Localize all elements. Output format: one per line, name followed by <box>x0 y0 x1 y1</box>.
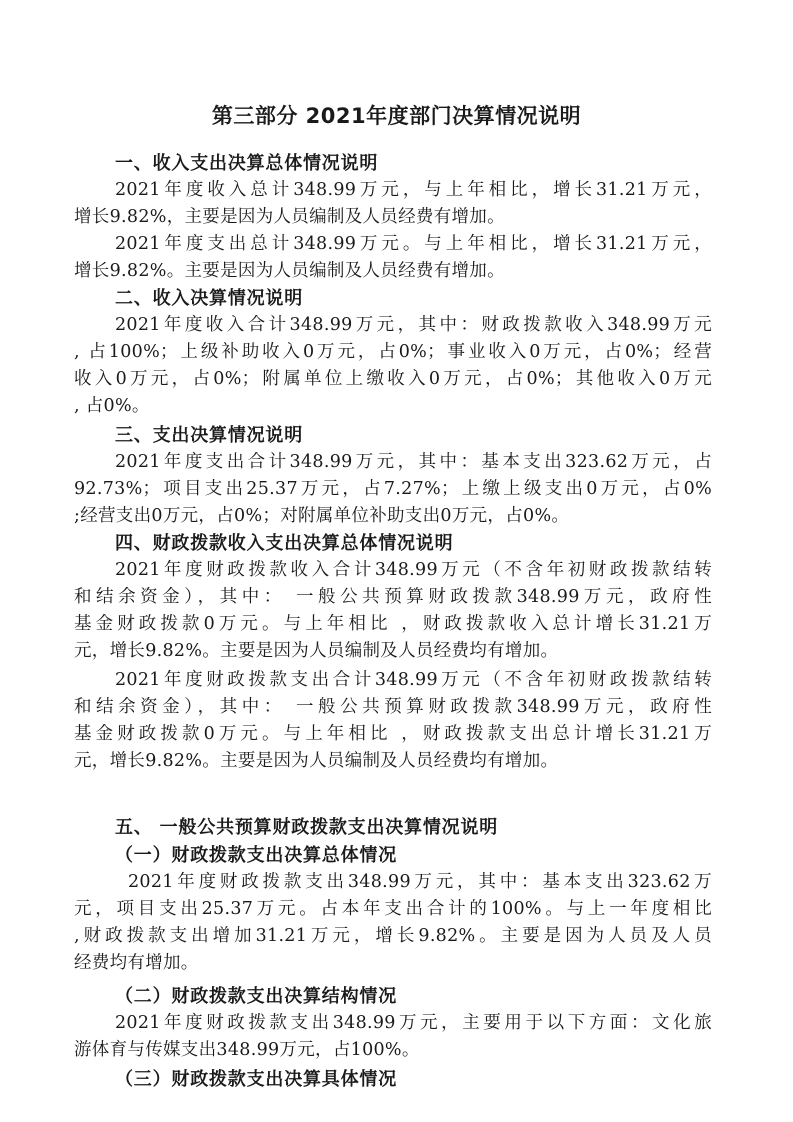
paragraph-line: 元，增长9.82%。主要是因为人员编制及人员经费均有增加。 <box>74 638 712 665</box>
paragraph-line: 2021年度收入合计348.99万元，其中：财政拨款收入348.99万元 <box>115 312 712 339</box>
section-heading: 一、收入支出决算总体情况说明 <box>115 150 712 177</box>
section-heading: （二）财政拨款支出决算结构情况 <box>115 983 712 1010</box>
paragraph-line: 2021年度财政拨款支出合计348.99万元（不含年初财政拨款结转 <box>115 667 712 694</box>
paragraph-line: 元，增长9.82%。主要是因为人员编制及人员经费均有增加。 <box>74 748 712 775</box>
paragraph-line: 2021年度财政拨款支出348.99万元，主要用于以下方面：文化旅 <box>115 1010 712 1037</box>
paragraph-line: , 占0%。 <box>74 393 712 420</box>
paragraph-line: , 占100%；上级补助收入0万元，占0%；事业收入0万元，占0%；经营 <box>74 339 712 366</box>
section-heading: （一）财政拨款支出决算总体情况 <box>115 842 712 869</box>
paragraph-line: 基金财政拨款0万元。与上年相比 ，财政拨款支出总计增长31.21万 <box>74 721 712 748</box>
paragraph-line: 游体育与传媒支出348.99万元，占100%。 <box>74 1037 712 1064</box>
page-title: 第三部分 2021年度部门决算情况说明 <box>0 100 793 130</box>
paragraph-line: 2021年度支出合计348.99万元，其中：基本支出323.62万元，占 <box>115 449 712 476</box>
section-heading: 二、收入决算情况说明 <box>115 285 712 312</box>
paragraph-line: ;经营支出0万元，占0%；对附属单位补助支出0万元，占0%。 <box>74 503 712 530</box>
paragraph-line: ,财政拨款支出增加31.21万元，增长9.82%。主要是因为人员及人员 <box>74 923 712 950</box>
paragraph-line: 和结余资金），其中： 一般公共预算财政拨款348.99万元，政府性 <box>74 694 712 721</box>
paragraph-line: 和结余资金），其中： 一般公共预算财政拨款348.99万元，政府性 <box>74 584 712 611</box>
paragraph-line: 2021年度财政拨款收入合计348.99万元（不含年初财政拨款结转 <box>115 557 712 584</box>
paragraph-line: 增长9.82%。主要是因为人员编制及人员经费有增加。 <box>74 258 712 285</box>
section-heading: 五、 一般公共预算财政拨款支出决算情况说明 <box>115 814 712 841</box>
paragraph-line: 2021年度支出总计348.99万元。与上年相比，增长31.21万元， <box>115 231 712 258</box>
document-page: 第三部分 2021年度部门决算情况说明 一、收入支出决算总体情况说明2021年度… <box>0 0 793 1122</box>
paragraph-line: 2021年度财政拨款支出348.99万元，其中：基本支出323.62万 <box>128 869 712 896</box>
paragraph-line: 增长9.82%，主要是因为人员编制及人员经费有增加。 <box>74 204 712 231</box>
section-heading: 三、支出决算情况说明 <box>115 422 712 449</box>
paragraph-line: 基金财政拨款0万元。与上年相比 ，财政拨款收入总计增长31.21万 <box>74 611 712 638</box>
paragraph-line: 收入0万元，占0%；附属单位上缴收入0万元，占0%；其他收入0万元 <box>74 366 712 393</box>
paragraph-line: 2021年度收入总计348.99万元，与上年相比，增长31.21万元， <box>115 177 712 204</box>
paragraph-line: 元，项目支出25.37万元。占本年支出合计的100%。与上一年度相比 <box>74 896 712 923</box>
paragraph-line: 经费均有增加。 <box>74 950 712 977</box>
section-heading: 四、财政拨款收入支出决算总体情况说明 <box>115 530 712 557</box>
paragraph-line: 92.73%；项目支出25.37万元，占7.27%；上缴上级支出0万元，占0% <box>74 476 712 503</box>
section-heading: （三）财政拨款支出决算具体情况 <box>115 1066 712 1093</box>
